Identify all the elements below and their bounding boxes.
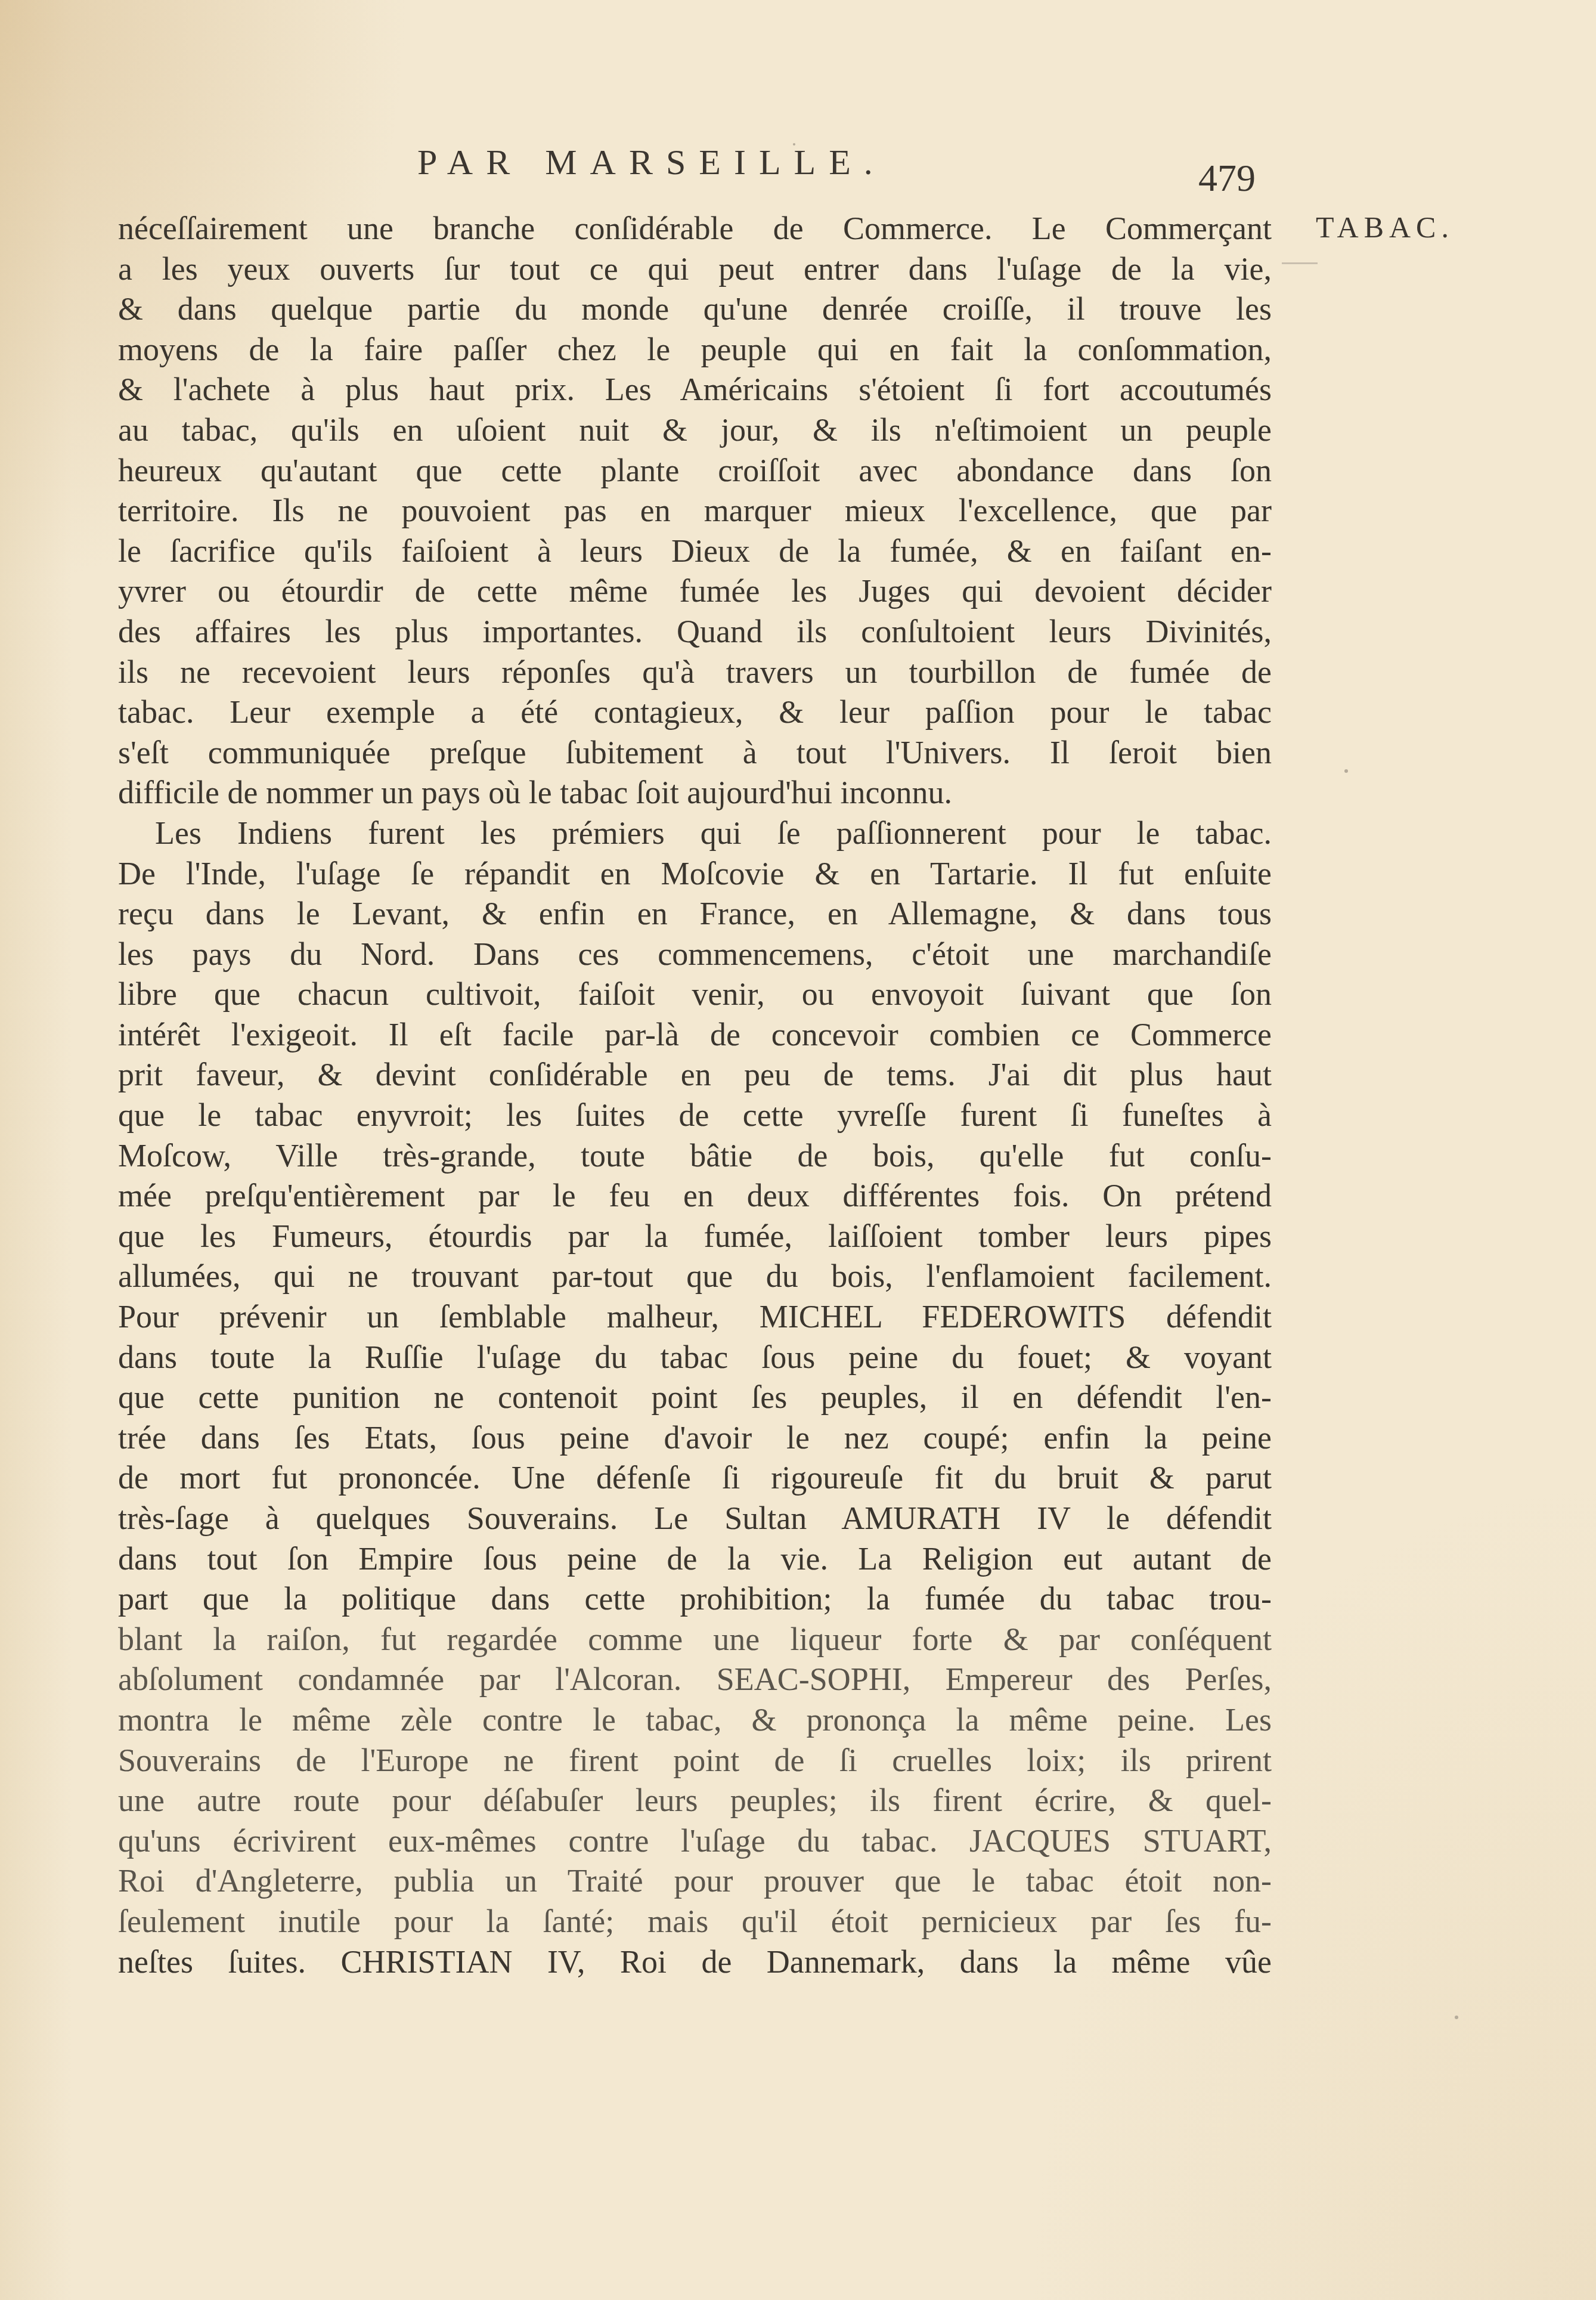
text-line: & l'achete à plus haut prix. Les América…	[118, 370, 1272, 410]
text-line: libre que chacun cultivoit, faiſoit veni…	[118, 974, 1272, 1015]
text-line: dans tout ſon Empire ſous peine de la vi…	[118, 1539, 1272, 1580]
text-line: neſtes ſuites. CHRISTIAN IV, Roi de Dann…	[118, 1942, 1272, 1983]
text-line: ils ne recevoient leurs réponſes qu'à tr…	[118, 652, 1272, 693]
text-line: De l'Inde, l'uſage ſe répandit en Moſcov…	[118, 854, 1272, 894]
text-line: que les Fumeurs, étourdis par la fumée, …	[118, 1216, 1272, 1257]
text-line: qu'uns écrivirent eux-mêmes contre l'uſa…	[118, 1821, 1272, 1862]
text-line: allumées, qui ne trouvant par-tout que d…	[118, 1256, 1272, 1297]
text-line: les pays du Nord. Dans ces commencemens,…	[118, 934, 1272, 975]
text-line: une autre route pour déſabuſer leurs peu…	[118, 1781, 1272, 1821]
text-line: néceſſairement une branche conſidérable …	[118, 209, 1272, 249]
text-line: tabac. Leur exemple a été contagieux, & …	[118, 692, 1272, 733]
text-line: très-ſage à quelques Souverains. Le Sult…	[118, 1499, 1272, 1539]
text-line: & dans quelque partie du monde qu'une de…	[118, 289, 1272, 330]
paragraph-first-line: Les Indiens furent les prémiers qui ſe p…	[118, 813, 1272, 854]
text-line: reçu dans le Levant, & enfin en France, …	[118, 894, 1272, 934]
text-line: yvrer ou étourdir de cette même fumée le…	[118, 571, 1272, 612]
body-text: néceſſairement une branche conſidérable …	[118, 209, 1272, 1982]
text-line: territoire. Ils ne pouvoient pas en marq…	[118, 491, 1272, 531]
text-line: Pour prévenir un ſemblable malheur, MICH…	[118, 1297, 1272, 1338]
text-line: des affaires les plus importantes. Quand…	[118, 612, 1272, 652]
text-line: heureux qu'autant que cette plante croiſ…	[118, 451, 1272, 491]
text-line: mée preſqu'entièrement par le feu en deu…	[118, 1176, 1272, 1216]
text-line: intérêt l'exigeoit. Il eſt facile par-là…	[118, 1015, 1272, 1055]
text-line: ſeulement inutile pour la ſanté; mais qu…	[118, 1902, 1272, 1942]
paragraph-last-line: difficile de nommer un pays où le tabac …	[118, 773, 1272, 813]
text-line: que le tabac enyvroit; les ſuites de cet…	[118, 1095, 1272, 1136]
text-line: blant la raiſon, fut regardée comme une …	[118, 1620, 1272, 1660]
text-line: abſolument condamnée par l'Alcoran. SEAC…	[118, 1660, 1272, 1700]
text-line: moyens de la faire paſſer chez le peuple…	[118, 330, 1272, 370]
text-line: le ſacrifice qu'ils faiſoient à leurs Di…	[118, 531, 1272, 572]
margin-note: TABAC.	[1316, 210, 1454, 244]
paper-speck	[1455, 2016, 1458, 2019]
page-number: 479	[1198, 156, 1256, 200]
text-line: s'eſt communiquée preſque ſubitement à t…	[118, 733, 1272, 773]
text-line: trée dans ſes Etats, ſous peine d'avoir …	[118, 1418, 1272, 1459]
text-line: montra le même zèle contre le tabac, & p…	[118, 1700, 1272, 1741]
text-line: que cette punition ne contenoit point ſe…	[118, 1377, 1272, 1418]
paper-speck	[1344, 769, 1348, 773]
running-head: PAR MARSEILLE.	[417, 142, 886, 183]
text-line: prit faveur, & devint conſidérable en pe…	[118, 1055, 1272, 1095]
text-line: Roi d'Angleterre, publia un Traité pour …	[118, 1861, 1272, 1902]
text-line: part que la politique dans cette prohibi…	[118, 1579, 1272, 1620]
paper-speck	[793, 143, 795, 146]
text-line: dans toute la Ruſſie l'uſage du tabac ſo…	[118, 1338, 1272, 1378]
text-line: Moſcow, Ville très-grande, toute bâtie d…	[118, 1136, 1272, 1177]
text-line: de mort fut prononcée. Une défenſe ſi ri…	[118, 1458, 1272, 1499]
text-line: Souverains de l'Europe ne firent point d…	[118, 1741, 1272, 1781]
text-line: a les yeux ouverts ſur tout ce qui peut …	[118, 249, 1272, 290]
margin-rule	[1282, 262, 1318, 264]
text-line: au tabac, qu'ils en uſoient nuit & jour,…	[118, 410, 1272, 451]
